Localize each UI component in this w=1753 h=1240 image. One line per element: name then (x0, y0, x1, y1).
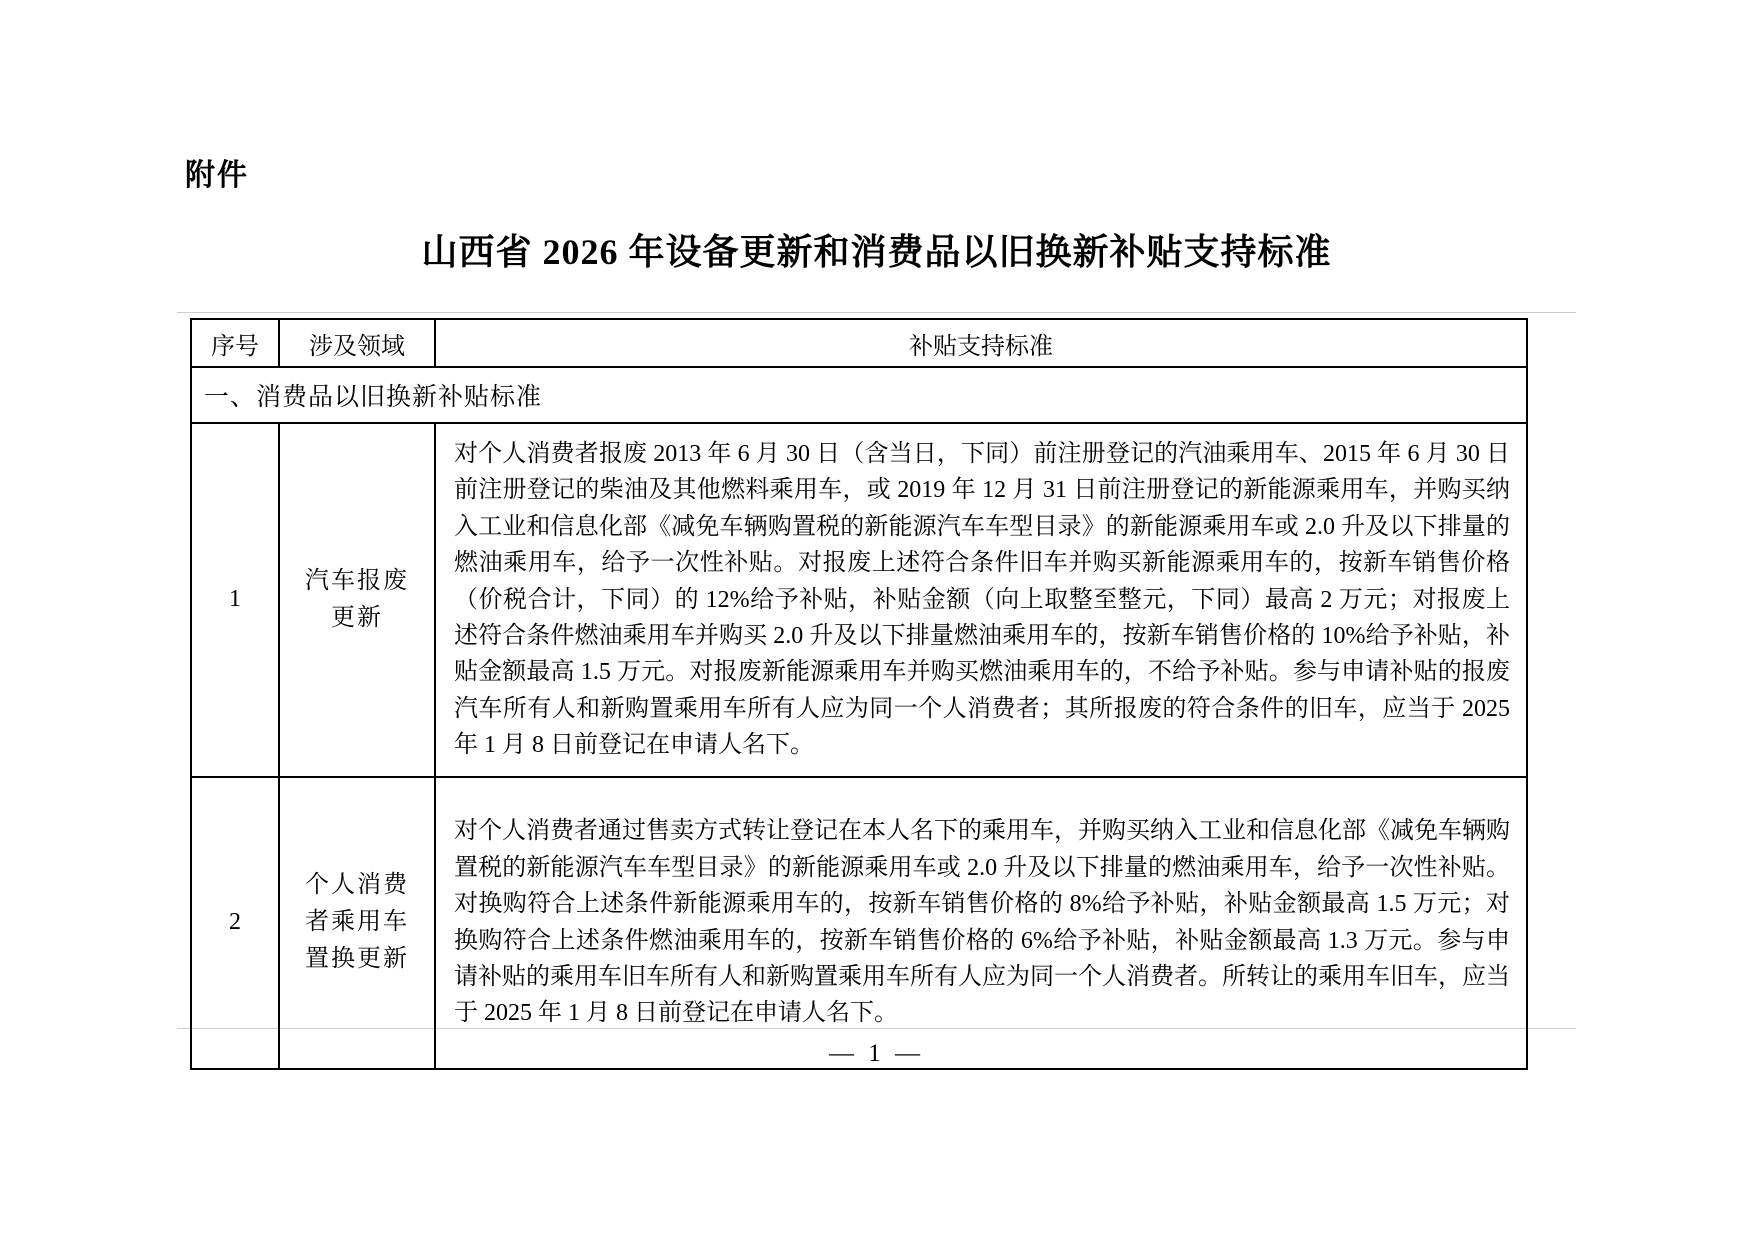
column-header-field: 涉及领域 (279, 319, 435, 367)
page-title: 山西省 2026 年设备更新和消费品以旧换新补贴支持标准 (0, 224, 1753, 275)
row-field: 汽车报废更新 (279, 423, 435, 777)
table-row: 1 汽车报废更新 对个人消费者报废 2013 年 6 月 30 日（含当日，下同… (191, 423, 1527, 777)
row-subsidy-standard: 对个人消费者通过售卖方式转让登记在本人名下的乘用车，并购买纳入工业和信息化部《减… (435, 777, 1527, 1069)
document-page: 附件 山西省 2026 年设备更新和消费品以旧换新补贴支持标准 序号 涉及领域 … (0, 0, 1753, 1240)
row-serial-number: 2 (191, 777, 279, 1069)
table-row: 2 个人消费者乘用车置换更新 对个人消费者通过售卖方式转让登记在本人名下的乘用车… (191, 777, 1527, 1069)
row-subsidy-standard: 对个人消费者报废 2013 年 6 月 30 日（含当日，下同）前注册登记的汽油… (435, 423, 1527, 777)
section-title: 一、消费品以旧换新补贴标准 (191, 367, 1527, 423)
page-divider-top (177, 312, 1576, 313)
table-header-row: 序号 涉及领域 补贴支持标准 (191, 319, 1527, 367)
attachment-label: 附件 (185, 150, 249, 194)
column-header-subsidy-standard: 补贴支持标准 (435, 319, 1527, 367)
section-header-row: 一、消费品以旧换新补贴标准 (191, 367, 1527, 423)
row-serial-number: 1 (191, 423, 279, 777)
row-field: 个人消费者乘用车置换更新 (279, 777, 435, 1069)
page-number: — 1 — (0, 1040, 1753, 1068)
subsidy-standards-table: 序号 涉及领域 补贴支持标准 一、消费品以旧换新补贴标准 1 汽车报废更新 对个… (190, 318, 1528, 1070)
column-header-serial-number: 序号 (191, 319, 279, 367)
